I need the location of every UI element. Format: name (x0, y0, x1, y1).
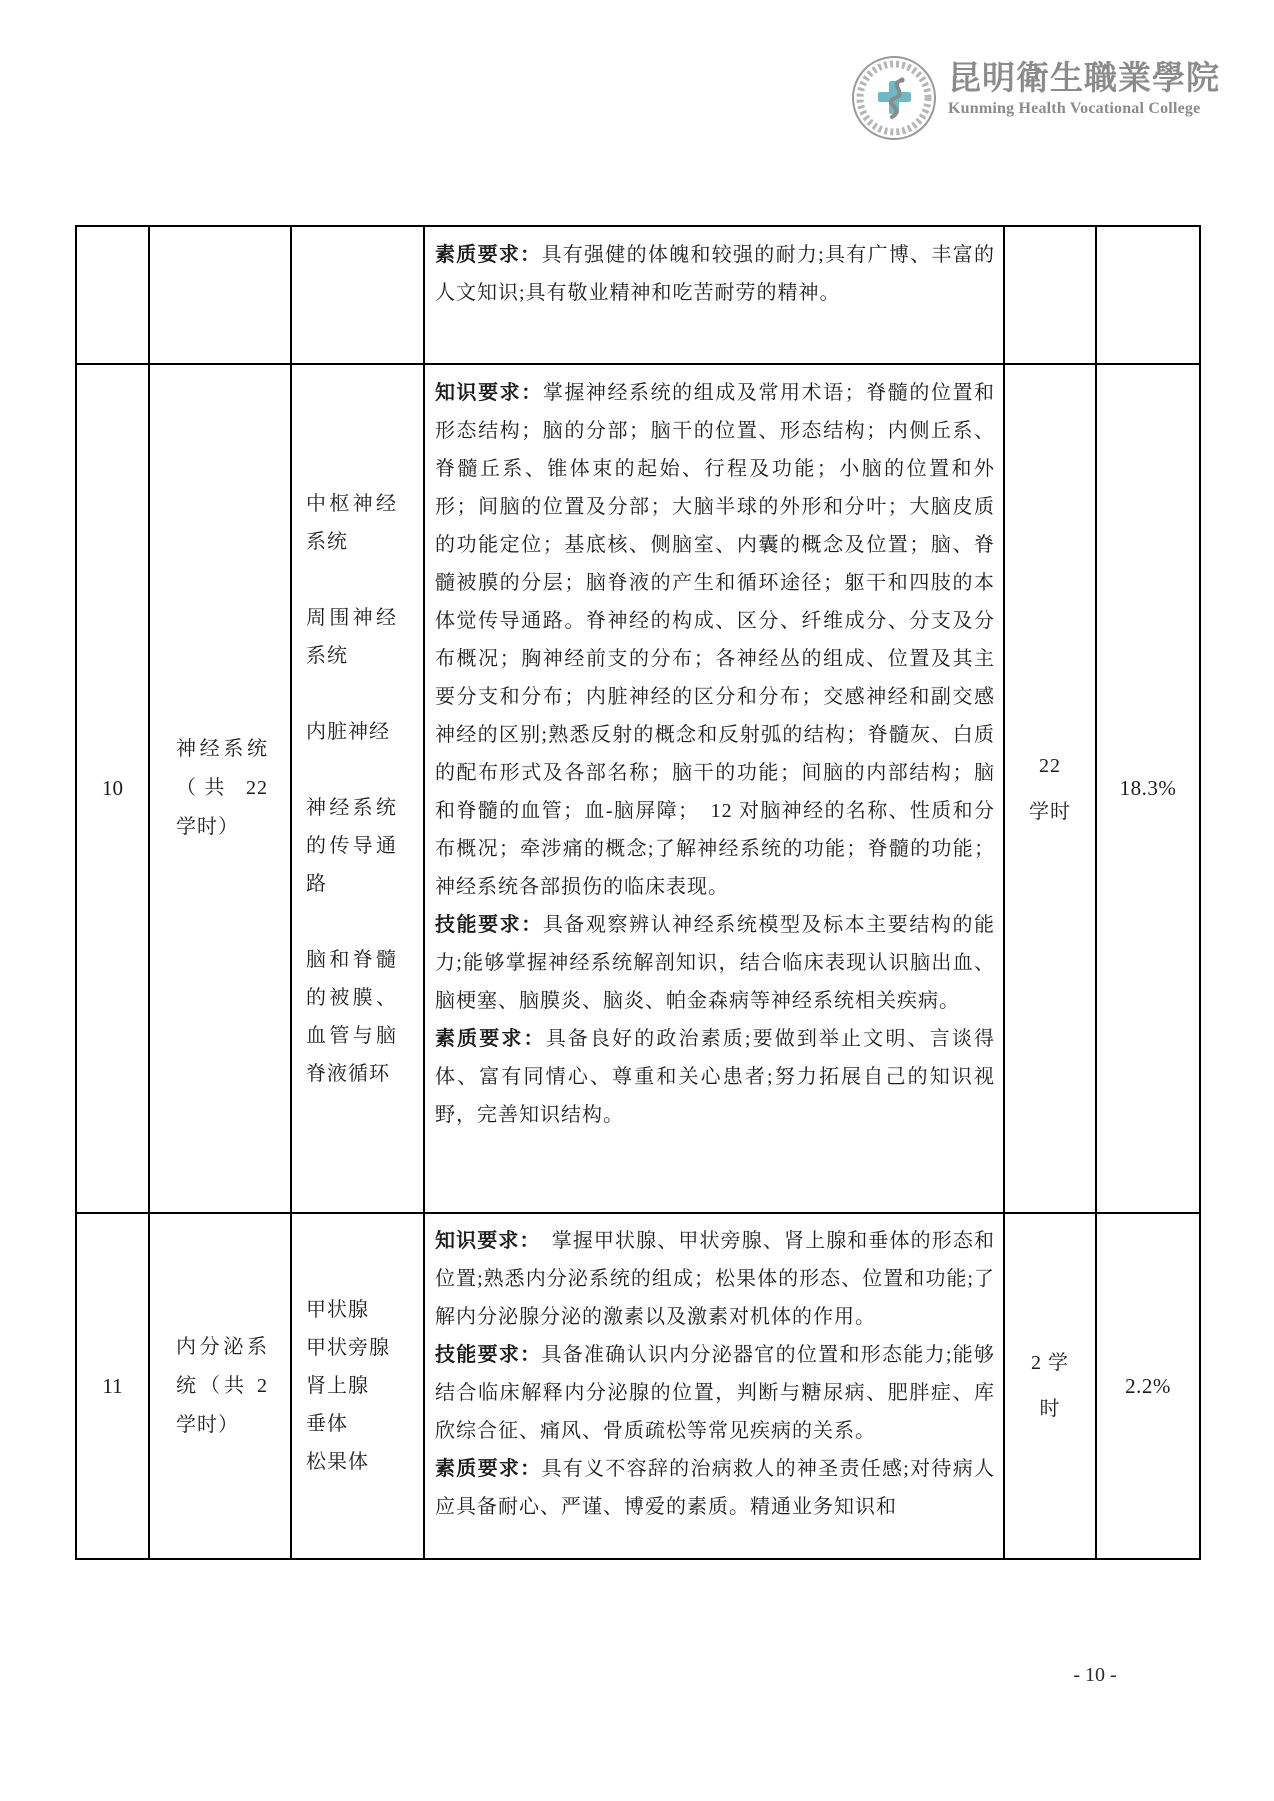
topic-item: 脑和脊髓的被膜、血管与脑脊液循环 (306, 941, 397, 1093)
skill-label: 技能要求： (435, 1344, 541, 1366)
cell-percent: 18.3% (1096, 364, 1200, 1213)
topic-item: 松果体 (306, 1443, 397, 1481)
table-row-11: 11 内分泌系统（共 2 学时） 甲状腺 甲状旁腺 肾上腺 垂体 松果体 (76, 1213, 1200, 1559)
table-row-continuation: 素质要求：具有强健的体魄和较强的耐力;具有广博、丰富的人文知识;具有敬业精神和吃… (76, 226, 1200, 364)
knowledge-requirement: 知识要求：掌握神经系统的组成及常用术语；脊髓的位置和形态结构；脑的分部；脑干的位… (435, 374, 995, 906)
college-seal-graphic (851, 55, 937, 141)
hours-unit: 学时 (1005, 789, 1095, 835)
skill-requirement: 技能要求：具备观察辨认神经系统模型及标本主要结构的能力;能够掌握神经系统解剖知识… (435, 906, 995, 1020)
cell-hours-empty (1004, 226, 1096, 364)
skill-requirement: 技能要求：具备准确认识内分泌器官的位置和形态能力;能够结合临床解释内分泌腺的位置… (435, 1336, 995, 1450)
cell-course-name: 内分泌系统（共 2 学时） (149, 1213, 291, 1559)
course-name: 神经系统（共 22 学时） (150, 730, 290, 847)
knowledge-requirement: 知识要求： 掌握甲状腺、甲状旁腺、肾上腺和垂体的形态和位置;熟悉内分泌系统的组成… (435, 1222, 995, 1336)
cell-row-number: 10 (76, 364, 149, 1213)
quality-label: 素质要求： (435, 1458, 541, 1480)
quality-requirement: 素质要求：具有义不容辞的治病救人的神圣责任感;对待病人应具备耐心、严谨、博爱的素… (435, 1450, 995, 1526)
skill-label: 技能要求： (435, 914, 543, 936)
cell-row-number: 11 (76, 1213, 149, 1559)
knowledge-text: 掌握神经系统的组成及常用术语；脊髓的位置和形态结构；脑的分部；脑干的位置、形态结… (435, 382, 995, 898)
dragon-head (899, 77, 904, 82)
hours-unit: 时 (1005, 1386, 1095, 1432)
hours-value: 22 (1005, 743, 1095, 789)
quality-requirement: 素质要求：具有强健的体魄和较强的耐力;具有广博、丰富的人文知识;具有敬业精神和吃… (435, 236, 995, 312)
curriculum-table: 素质要求：具有强健的体魄和较强的耐力;具有广博、丰富的人文知识;具有敬业精神和吃… (75, 225, 1201, 1560)
cell-percent-empty (1096, 226, 1200, 364)
cell-hours: 22 学时 (1004, 364, 1096, 1213)
cell-percent: 2.2% (1096, 1213, 1200, 1559)
course-name: 内分泌系统（共 2 学时） (150, 1328, 290, 1445)
table-row-10: 10 神经系统（共 22 学时） 中枢神经系统 周围神经系统 内脏神经 神经系统… (76, 364, 1200, 1213)
college-seal-logo (851, 55, 937, 141)
curriculum-table-wrapper: 素质要求：具有强健的体魄和较强的耐力;具有广博、丰富的人文知识;具有敬业精神和吃… (75, 225, 1201, 1560)
cell-requirements: 素质要求：具有强健的体魄和较强的耐力;具有广博、丰富的人文知识;具有敬业精神和吃… (424, 226, 1004, 364)
knowledge-label: 知识要求： (435, 382, 543, 404)
cell-number-empty (76, 226, 149, 364)
knowledge-label: 知识要求： (435, 1230, 531, 1252)
topic-item: 甲状腺 (306, 1291, 397, 1329)
topic-item: 内脏神经 (306, 713, 397, 751)
topic-item: 甲状旁腺 (306, 1329, 397, 1367)
page-number: - 10 - (1040, 1664, 1150, 1687)
quality-label: 素质要求： (435, 244, 541, 266)
topic-item: 垂体 (306, 1405, 397, 1443)
college-name-english: Kunming Health Vocational College (948, 100, 1248, 118)
cell-requirements: 知识要求：掌握神经系统的组成及常用术语；脊髓的位置和形态结构；脑的分部；脑干的位… (424, 364, 1004, 1213)
topic-item: 周围神经系统 (306, 599, 397, 675)
quality-label: 素质要求： (435, 1028, 546, 1050)
college-name-chinese: 昆明衛生職業學院 (948, 52, 1228, 99)
cell-hours: 2 学 时 (1004, 1213, 1096, 1559)
topic-item: 中枢神经系统 (306, 485, 397, 561)
cell-topics-empty (291, 226, 424, 364)
quality-requirement: 素质要求：具备良好的政治素质;要做到举止文明、言谈得体、富有同情心、尊重和关心患… (435, 1020, 995, 1134)
topic-item: 肾上腺 (306, 1367, 397, 1405)
cell-course-empty (149, 226, 291, 364)
hours-value: 2 学 (1005, 1340, 1095, 1386)
cell-requirements: 知识要求： 掌握甲状腺、甲状旁腺、肾上腺和垂体的形态和位置;熟悉内分泌系统的组成… (424, 1213, 1004, 1559)
topic-item: 神经系统的传导通路 (306, 789, 397, 903)
document-page: 昆明衛生職業學院 Kunming Health Vocational Colle… (0, 0, 1274, 1801)
cell-topics: 中枢神经系统 周围神经系统 内脏神经 神经系统的传导通路 脑和脊髓的被膜、血管与… (291, 364, 424, 1213)
cell-course-name: 神经系统（共 22 学时） (149, 364, 291, 1213)
cell-topics: 甲状腺 甲状旁腺 肾上腺 垂体 松果体 (291, 1213, 424, 1559)
